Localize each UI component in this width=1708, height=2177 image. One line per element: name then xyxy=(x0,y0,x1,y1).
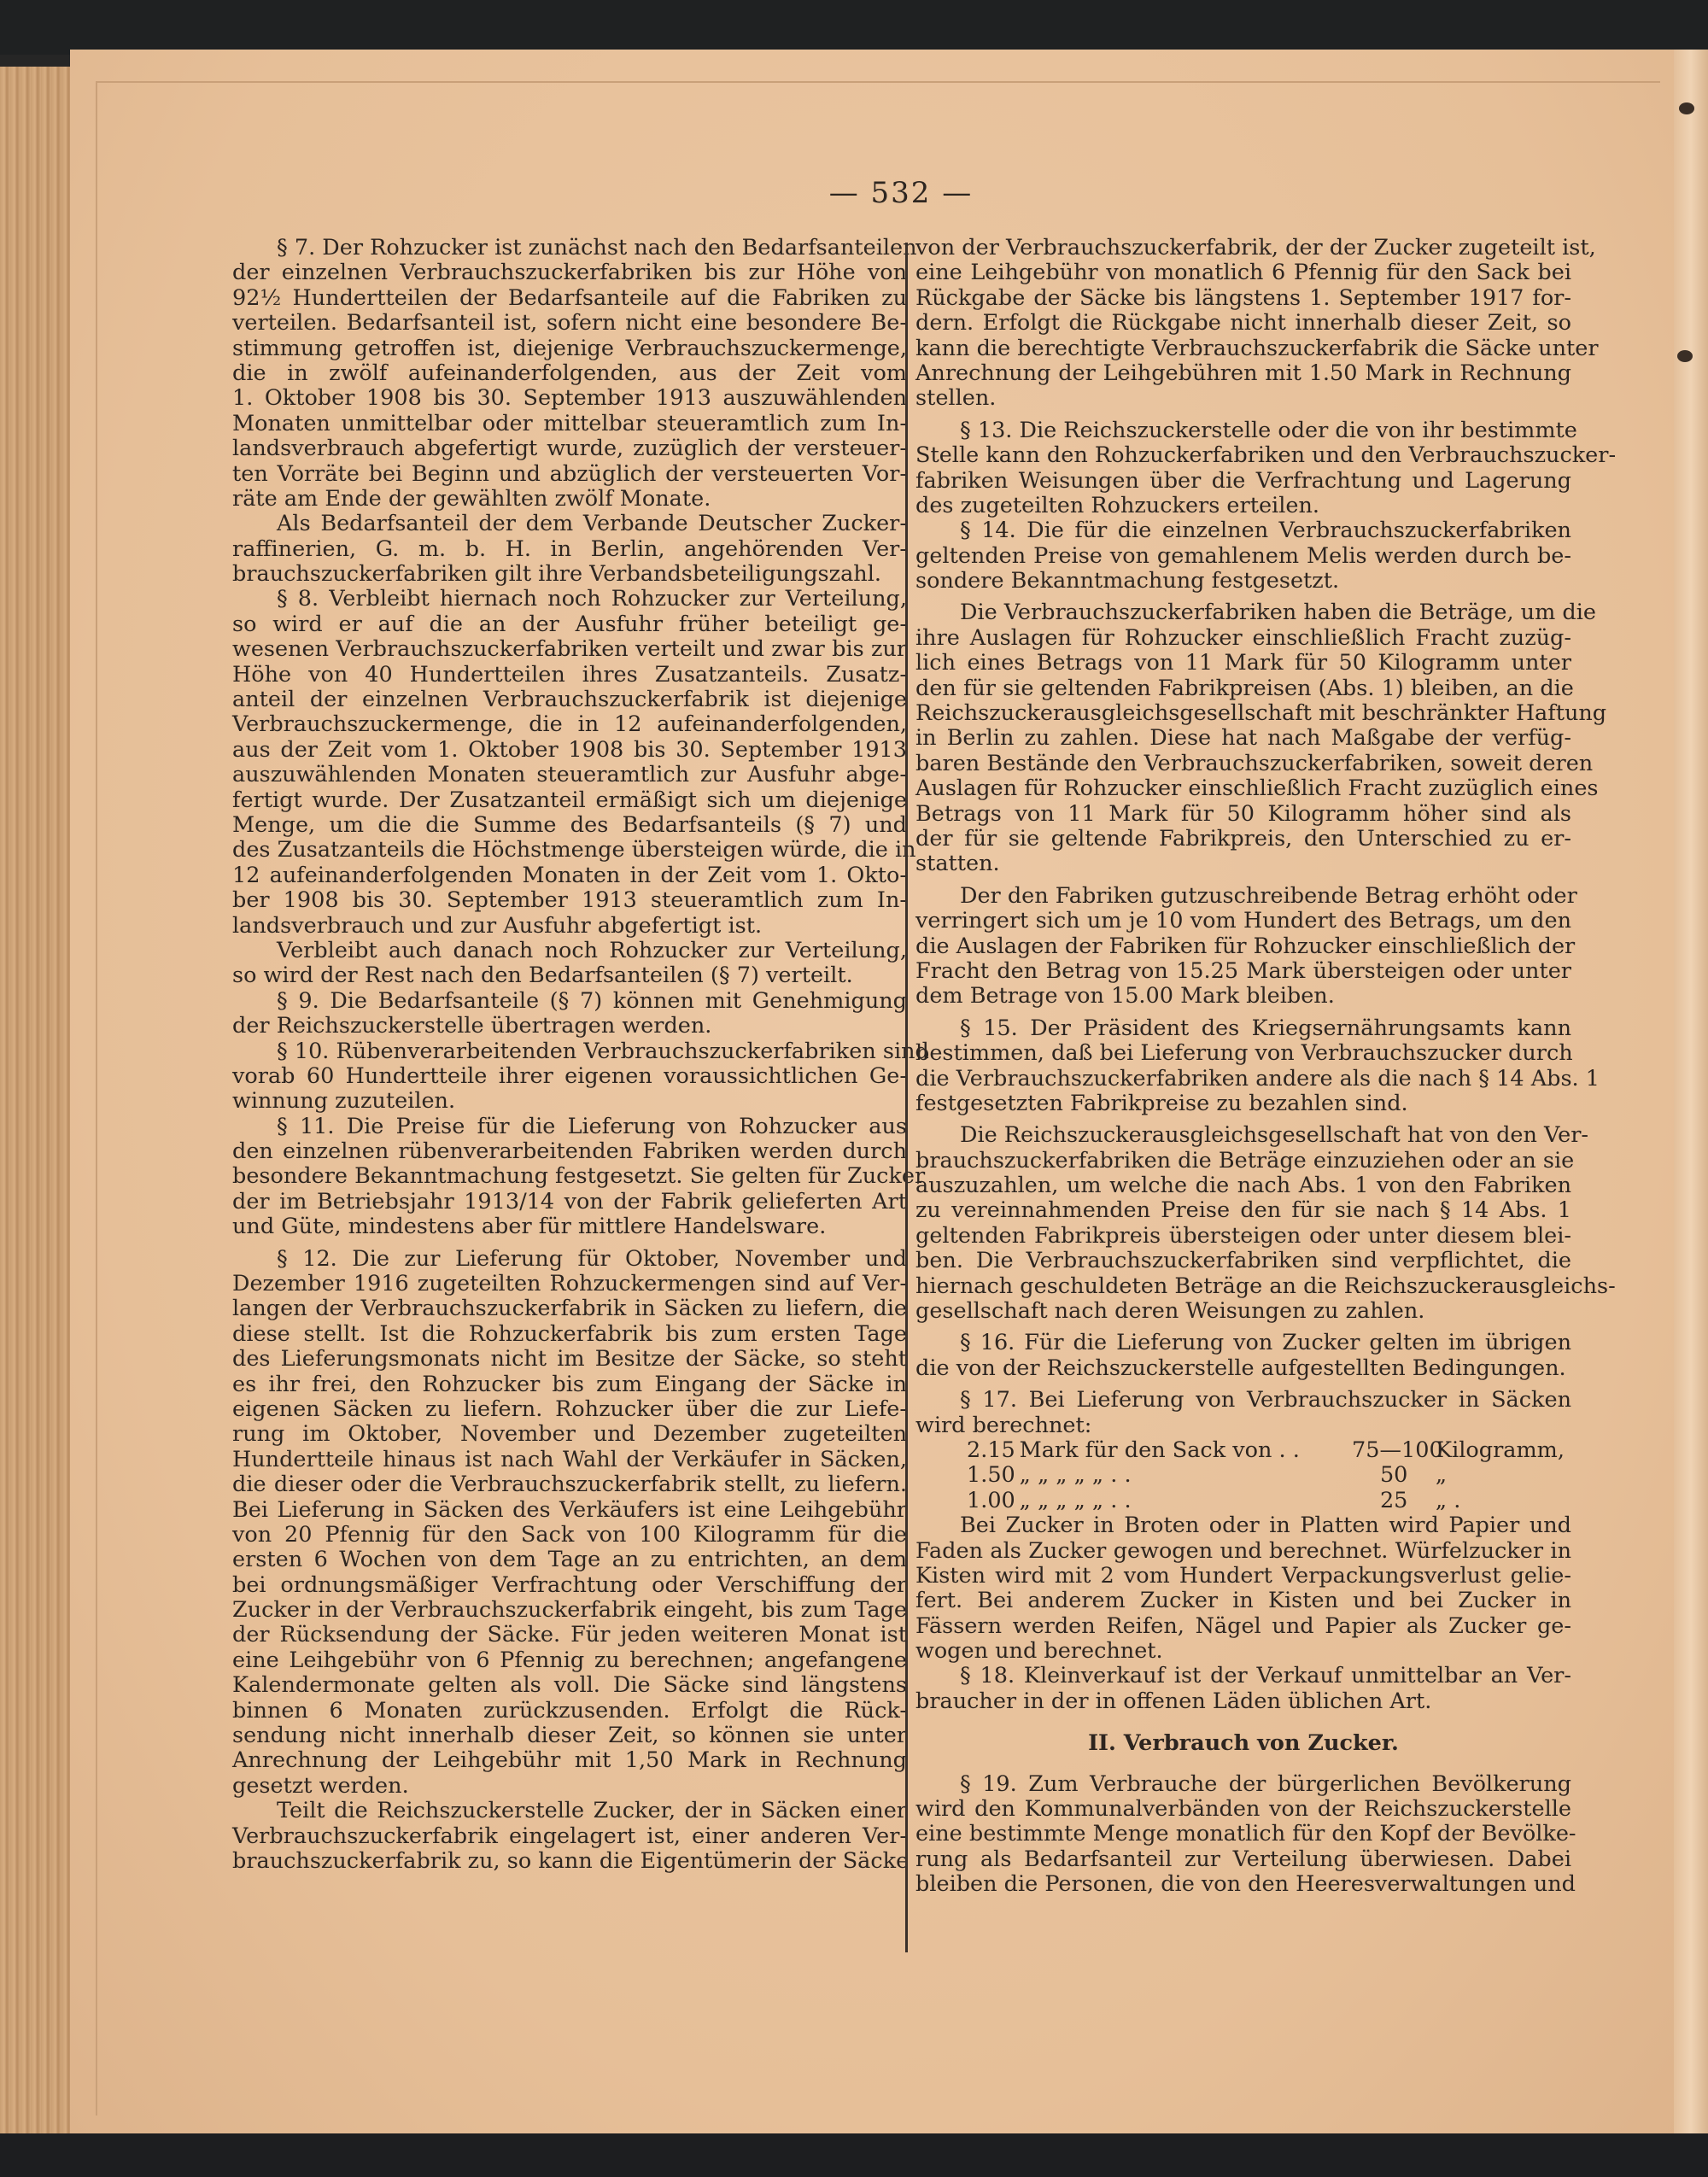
text-line: Stelle kann den Rohzuckerfabriken und de… xyxy=(915,443,1571,468)
text-line: fertigt wurde. Der Zusatzanteil ermäßigt… xyxy=(232,788,907,813)
text-line: Anrechnung der Leihgebühr mit 1,50 Mark … xyxy=(232,1748,907,1773)
book-page-stack xyxy=(0,67,70,2133)
text-line: lich eines Betrags von 11 Mark für 50 Ki… xyxy=(915,651,1571,676)
text-line: brauchszuckerfabriken die Beträge einzuz… xyxy=(915,1149,1571,1173)
text-line: Die Reichszuckerausgleichsgesellschaft h… xyxy=(915,1123,1571,1148)
text-line: § 11. Die Preise für die Lieferung von R… xyxy=(232,1115,907,1139)
text-line: den einzelnen rübenverarbeitenden Fabrik… xyxy=(232,1139,907,1164)
price-row: 1.00„ „ „ „ „ . .25„ . xyxy=(915,1489,1571,1513)
text-line: gesetzt werden. xyxy=(232,1774,907,1799)
text-line: eine Leihgebühr von 6 Pfennig zu berechn… xyxy=(232,1648,907,1673)
text-line: hiernach geschuldeten Beträge an die Rei… xyxy=(915,1274,1571,1299)
text-line: des Zusatzanteils die Höchstmenge überst… xyxy=(232,838,907,863)
text-line: ihre Auslagen für Rohzucker einschließli… xyxy=(915,626,1571,651)
text-line: 1. Oktober 1908 bis 30. September 1913 a… xyxy=(232,386,907,411)
text-line: vorab 60 Hundertteile ihrer eigenen vora… xyxy=(232,1064,907,1089)
price-description: Mark für den Sack von . . xyxy=(1020,1438,1352,1463)
text-line: Rückgabe der Säcke bis längstens 1. Sept… xyxy=(915,286,1571,311)
text-line: in Berlin zu zahlen. Diese hat nach Maßg… xyxy=(915,726,1571,751)
text-line: brauchszuckerfabrik zu, so kann die Eige… xyxy=(232,1849,907,1874)
text-line: Anrechnung der Leihgebühren mit 1.50 Mar… xyxy=(915,361,1571,386)
text-line: des Lieferungsmonats nicht im Besitze de… xyxy=(232,1347,907,1372)
text-line: Auslagen für Rohzucker einschließlich Fr… xyxy=(915,776,1571,801)
text-line: § 8. Verbleibt hiernach noch Rohzucker z… xyxy=(232,587,907,612)
text-line: § 15. Der Präsident des Kriegsernährungs… xyxy=(915,1016,1571,1041)
text-line: § 19. Zum Verbrauche der bürgerlichen Be… xyxy=(915,1772,1571,1797)
text-line: so wird der Rest nach den Bedarfsanteile… xyxy=(232,963,907,988)
text-line: § 16. Für die Lieferung von Zucker gelte… xyxy=(915,1331,1571,1355)
text-line: baren Bestände den Verbrauchszuckerfabri… xyxy=(915,752,1571,776)
text-line: Teilt die Reichszuckerstelle Zucker, der… xyxy=(232,1799,907,1823)
price-amount: 1.50 xyxy=(967,1463,1020,1488)
text-line: stimmung getroffen ist, diejenige Verbra… xyxy=(232,336,907,361)
text-line: verringert sich um je 10 vom Hundert des… xyxy=(915,909,1571,933)
text-line: Kalendermonate gelten als voll. Die Säck… xyxy=(232,1673,907,1698)
text-line: brauchszuckerfabriken gilt ihre Verbands… xyxy=(232,562,907,587)
price-unit: Kilogramm, xyxy=(1436,1438,1571,1463)
text-line: von 20 Pfennig für den Sack von 100 Kilo… xyxy=(232,1523,907,1548)
text-line: der im Betriebsjahr 1913/14 von der Fabr… xyxy=(232,1190,907,1214)
text-line: die Auslagen der Fabriken für Rohzucker … xyxy=(915,934,1571,959)
text-line: raffinerien, G. m. b. H. in Berlin, ange… xyxy=(232,537,907,562)
text-line: auszuzahlen, um welche die nach Abs. 1 v… xyxy=(915,1173,1571,1198)
text-line: Faden als Zucker gewogen und berechnet. … xyxy=(915,1539,1571,1564)
text-line: stellen. xyxy=(915,386,1571,411)
text-line: Höhe von 40 Hundertteilen ihres Zusatzan… xyxy=(232,663,907,688)
text-line: festgesetzten Fabrikpreise zu bezahlen s… xyxy=(915,1091,1571,1116)
text-line: eine bestimmte Menge monatlich für den K… xyxy=(915,1822,1571,1846)
text-line: Fässern werden Reifen, Nägel und Papier … xyxy=(915,1614,1571,1639)
text-line: rung als Bedarfsanteil zur Verteilung üb… xyxy=(915,1847,1571,1872)
text-line: verteilen. Bedarfsanteil ist, sofern nic… xyxy=(232,311,907,336)
text-line: bleiben die Personen, die von den Heeres… xyxy=(915,1872,1571,1897)
price-quantity: 25 xyxy=(1352,1489,1435,1513)
text-line: ber 1908 bis 30. September 1913 steueram… xyxy=(232,888,907,913)
text-line: sendung nicht innerhalb dieser Zeit, so … xyxy=(232,1723,907,1748)
text-line: geltenden Fabrikpreis übersteigen oder u… xyxy=(915,1224,1571,1249)
text-line: besondere Bekanntmachung festgesetzt. Si… xyxy=(232,1164,907,1189)
text-line: diese stellt. Ist die Rohzuckerfabrik bi… xyxy=(232,1322,907,1347)
text-line: kann die berechtigte Verbrauchszuckerfab… xyxy=(915,336,1571,361)
text-line: der Rücksendung der Säcke. Für jeden wei… xyxy=(232,1623,907,1647)
text-line: dern. Erfolgt die Rückgabe nicht innerha… xyxy=(915,311,1571,336)
text-line: Verbrauchszuckerfabrik eingelagert ist, … xyxy=(232,1824,907,1849)
price-amount: 2.15 xyxy=(967,1438,1020,1463)
text-line: § 18. Kleinverkauf ist der Verkauf unmit… xyxy=(915,1664,1571,1688)
price-row: 2.15Mark für den Sack von . .75—100Kilog… xyxy=(915,1438,1571,1463)
text-line: so wird er auf die an der Ausfuhr früher… xyxy=(232,612,907,637)
text-line: § 7. Der Rohzucker ist zunächst nach den… xyxy=(232,236,907,260)
binding-hole xyxy=(1677,350,1693,362)
text-line: Monaten unmittelbar oder mittelbar steue… xyxy=(232,412,907,436)
text-line: rung im Oktober, November und Dezember z… xyxy=(232,1422,907,1447)
price-unit: „ xyxy=(1436,1463,1571,1488)
column-divider xyxy=(905,243,908,1952)
text-line: wird berechnet: xyxy=(915,1413,1571,1438)
price-amount: 1.00 xyxy=(967,1489,1020,1513)
text-line: Bei Lieferung in Säcken des Verkäufers i… xyxy=(232,1498,907,1523)
text-line: Menge, um die die Summe des Bedarfsantei… xyxy=(232,813,907,838)
text-line: bestimmen, daß bei Lieferung von Verbrau… xyxy=(915,1041,1571,1066)
text-line: dem Betrage von 15.00 Mark bleiben. xyxy=(915,984,1571,1009)
text-line: braucher in der in offenen Läden übliche… xyxy=(915,1689,1571,1714)
text-line: ben. Die Verbrauchszuckerfabriken sind v… xyxy=(915,1249,1571,1273)
text-line: aus der Zeit vom 1. Oktober 1908 bis 30.… xyxy=(232,738,907,763)
text-line: eine Leihgebühr von monatlich 6 Pfennig … xyxy=(915,260,1571,285)
text-line: geltenden Preise von gemahlenem Melis we… xyxy=(915,544,1571,569)
text-line: Die Verbrauchszuckerfabriken haben die B… xyxy=(915,600,1571,625)
right-column-paragraphs-section-ii: § 19. Zum Verbrauche der bürgerlichen Be… xyxy=(915,1772,1571,1898)
text-line: Dezember 1916 zugeteilten Rohzuckermenge… xyxy=(232,1272,907,1296)
text-line: wogen und berechnet. xyxy=(915,1639,1571,1664)
right-column-paragraphs: von der Verbrauchszuckerfabrik, der der … xyxy=(915,236,1571,1438)
text-line: § 14. Die für die einzelnen Verbrauchszu… xyxy=(915,518,1571,543)
text-line: binnen 6 Monaten zurückzusenden. Erfolgt… xyxy=(232,1699,907,1723)
price-unit: „ . xyxy=(1436,1489,1571,1513)
price-quantity: 75—100 xyxy=(1352,1438,1436,1463)
text-line: wird den Kommunalverbänden von der Reich… xyxy=(915,1797,1571,1822)
text-line: Der den Fabriken gutzuschreibende Betrag… xyxy=(915,884,1571,909)
text-line: § 10. Rübenverarbeitenden Verbrauchszuck… xyxy=(232,1039,907,1064)
text-line: § 13. Die Reichszuckerstelle oder die vo… xyxy=(915,418,1571,443)
text-line: der Reichszuckerstelle übertragen werden… xyxy=(232,1014,907,1039)
text-line: der für sie geltende Fabrikpreis, den Un… xyxy=(915,827,1571,851)
text-line: fabriken Weisungen über die Verfrachtung… xyxy=(915,469,1571,494)
text-line: fert. Bei anderem Zucker in Kisten und b… xyxy=(915,1589,1571,1613)
text-line: ten Vorräte bei Beginn und abzüglich der… xyxy=(232,462,907,487)
text-line: des zugeteilten Rohzuckers erteilen. xyxy=(915,494,1571,518)
left-text-column: § 7. Der Rohzucker ist zunächst nach den… xyxy=(232,236,907,1874)
price-quantity: 50 xyxy=(1352,1463,1435,1488)
right-text-column: von der Verbrauchszuckerfabrik, der der … xyxy=(915,236,1571,1898)
text-line: Bei Zucker in Broten oder in Platten wir… xyxy=(915,1513,1571,1538)
right-column-paragraphs-after-table: Bei Zucker in Broten oder in Platten wir… xyxy=(915,1513,1571,1714)
text-line: 12 aufeinanderfolgenden Monaten in der Z… xyxy=(232,863,907,888)
text-line: winnung zuzuteilen. xyxy=(232,1089,907,1114)
text-line: Verbrauchszuckermenge, die in 12 aufeina… xyxy=(232,712,907,737)
text-line: und Güte, mindestens aber für mittlere H… xyxy=(232,1214,907,1239)
text-line: die dieser oder die Verbrauchszuckerfabr… xyxy=(232,1472,907,1497)
text-line: anteil der einzelnen Verbrauchszuckerfab… xyxy=(232,688,907,712)
text-line: § 12. Die zur Lieferung für Oktober, Nov… xyxy=(232,1247,907,1272)
text-line: Fracht den Betrag von 15.25 Mark überste… xyxy=(915,959,1571,984)
text-line: räte am Ende der gewählten zwölf Monate. xyxy=(232,487,907,512)
text-line: landsverbrauch und zur Ausfuhr abgeferti… xyxy=(232,914,907,939)
text-line: auszuwählenden Monaten steueramtlich zur… xyxy=(232,763,907,787)
page-number: — 532 — xyxy=(820,176,982,210)
price-description: „ „ „ „ „ . . xyxy=(1020,1489,1353,1513)
text-line: Reichszuckerausgleichsgesellschaft mit b… xyxy=(915,701,1571,726)
text-line: Kisten wird mit 2 vom Hundert Verpackung… xyxy=(915,1564,1571,1589)
text-line: Verbleibt auch danach noch Rohzucker zur… xyxy=(232,939,907,963)
text-line: 92½ Hundertteilen der Bedarfsanteile auf… xyxy=(232,286,907,311)
scan-backdrop-top xyxy=(0,0,1708,55)
text-line: Zucker in der Verbrauchszuckerfabrik ein… xyxy=(232,1598,907,1623)
text-line: Als Bedarfsanteil der dem Verbande Deuts… xyxy=(232,512,907,536)
text-line: den für sie geltenden Fabrikpreisen (Abs… xyxy=(915,676,1571,701)
price-row: 1.50„ „ „ „ „ . .50„ xyxy=(915,1463,1571,1488)
text-line: die Verbrauchszuckerfabriken andere als … xyxy=(915,1067,1571,1091)
text-line: von der Verbrauchszuckerfabrik, der der … xyxy=(915,236,1571,260)
binding-hole xyxy=(1679,102,1694,114)
text-line: eigenen Säcken zu liefern. Rohzucker übe… xyxy=(232,1397,907,1422)
text-line: die von der Reichszuckerstelle aufgestel… xyxy=(915,1356,1571,1381)
text-line: § 17. Bei Lieferung von Verbrauchszucker… xyxy=(915,1388,1571,1413)
text-line: bei ordnungsmäßiger Verfrachtung oder Ve… xyxy=(232,1573,907,1598)
page-binding-edge xyxy=(1674,50,1708,2133)
text-line: wesenen Verbrauchszuckerfabriken verteil… xyxy=(232,637,907,662)
text-line: zu vereinnahmenden Preise den für sie na… xyxy=(915,1198,1571,1223)
text-line: die in zwölf aufeinanderfolgenden, aus d… xyxy=(232,361,907,386)
text-line: sondere Bekanntmachung festgesetzt. xyxy=(915,569,1571,594)
section-heading: II. Verbrauch von Zucker. xyxy=(915,1731,1571,1756)
price-table: 2.15Mark für den Sack von . .75—100Kilog… xyxy=(915,1438,1571,1513)
text-line: gesellschaft nach deren Weisungen zu zah… xyxy=(915,1299,1571,1324)
price-description: „ „ „ „ „ . . xyxy=(1020,1463,1353,1488)
text-line: Hundertteile hinaus ist nach Wahl der Ve… xyxy=(232,1448,907,1472)
text-line: der einzelnen Verbrauchszuckerfabriken b… xyxy=(232,260,907,285)
text-line: es ihr frei, den Rohzucker bis zum Einga… xyxy=(232,1372,907,1397)
text-line: langen der Verbrauchszuckerfabrik in Säc… xyxy=(232,1296,907,1321)
text-line: Betrags von 11 Mark für 50 Kilogramm höh… xyxy=(915,802,1571,827)
text-line: landsverbrauch abgefertigt wurde, zuzügl… xyxy=(232,436,907,461)
text-line: ersten 6 Wochen von dem Tage an zu entri… xyxy=(232,1548,907,1572)
text-line: statten. xyxy=(915,851,1571,876)
text-line: § 9. Die Bedarfsanteile (§ 7) können mit… xyxy=(232,989,907,1014)
